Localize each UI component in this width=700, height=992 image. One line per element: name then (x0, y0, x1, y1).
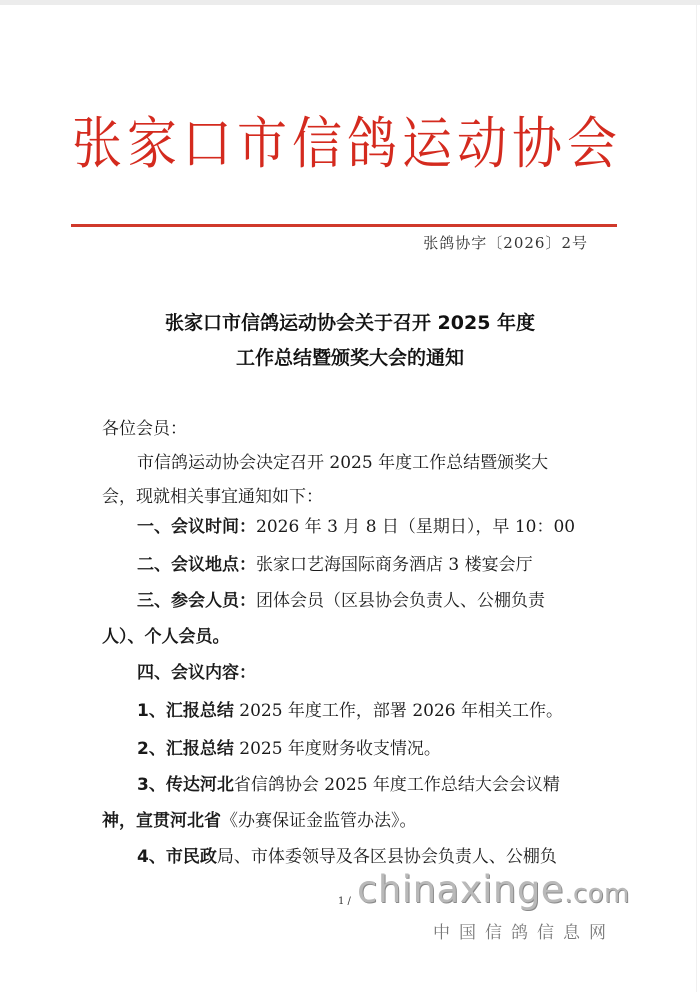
letterhead-char: 动 (457, 108, 507, 180)
content-item-1: 1、汇报总结 2025 年度工作，部署 2026 年相关工作。 (137, 696, 563, 721)
content-item-4: 4、市民政局、市体委领导及各区县协会负责人、公棚负 (137, 842, 557, 867)
item-label: 四、会议内容： (137, 663, 256, 683)
item-text: 2026 年 3 月 8 日（星期日），早 10：00 (256, 517, 575, 537)
intro-line-1: 市信鸽运动协会决定召开 2025 年度工作总结暨颁奖大 (137, 448, 548, 473)
notice-title-line-1: 张家口市信鸽运动协会关于召开 2025 年度 (0, 308, 700, 335)
watermark-logo: chinaxinge.com (357, 868, 630, 911)
scan-right-edge (696, 5, 697, 992)
letterhead-char: 鸽 (347, 108, 397, 180)
letterhead-char: 协 (512, 108, 562, 180)
document-number: 张鸽协字〔2026〕2号 (423, 232, 588, 253)
content-item-3: 3、传达河北省信鸽协会 2025 年度工作总结大会会议精 (137, 770, 560, 795)
item-attendees-continued: 人）、个人会员。 (102, 622, 230, 647)
item-continuation: 人）、个人会员。 (102, 627, 230, 647)
item-meeting-time: 一、会议时间：2026 年 3 月 8 日（星期日），早 10：00 (137, 512, 575, 537)
content-text: 省信鸽协会 2025 年度工作总结大会会议精 (234, 775, 560, 795)
content-label: 2、汇报总结 (137, 739, 234, 759)
letterhead-char: 家 (127, 108, 177, 180)
letterhead-char: 市 (237, 108, 287, 180)
letterhead-title: 张 家 口 市 信 鸽 运 动 协 会 (72, 112, 617, 176)
letterhead-char: 张 (72, 108, 122, 180)
item-attendees: 三、参会人员：团体会员（区县协会负责人、公棚负责 (137, 586, 545, 611)
notice-title-line-2: 工作总结暨颁奖大会的通知 (0, 343, 700, 370)
content-text: 2025 年度财务收支情况。 (234, 739, 441, 759)
watermark-text: chinaxinge (357, 868, 564, 911)
item-meeting-content: 四、会议内容： (137, 658, 256, 683)
content-item-3-continued: 神，宣贯河北省《办赛保证金监管办法》。 (102, 806, 417, 831)
content-item-2: 2、汇报总结 2025 年度财务收支情况。 (137, 734, 441, 759)
page-number: 1 / (338, 896, 351, 907)
content-text: 2025 年度工作，部署 2026 年相关工作。 (234, 701, 563, 721)
content-text: 《办赛保证金监管办法》。 (221, 811, 417, 831)
item-meeting-location: 二、会议地点：张家口艺海国际商务酒店 3 楼宴会厅 (137, 550, 533, 575)
item-label: 三、参会人员： (137, 591, 256, 611)
red-divider (71, 224, 617, 227)
content-label: 神，宣贯河北省 (102, 811, 221, 831)
item-label: 二、会议地点： (137, 555, 256, 575)
letterhead-char: 信 (292, 108, 342, 180)
content-label: 4、市民政 (137, 847, 217, 867)
letterhead-char: 口 (182, 108, 232, 180)
scan-top-edge (0, 0, 700, 5)
letterhead-char: 运 (402, 108, 452, 180)
content-label: 1、汇报总结 (137, 701, 234, 721)
item-label: 一、会议时间： (137, 517, 256, 537)
item-text: 团体会员（区县协会负责人、公棚负责 (256, 591, 545, 611)
salutation: 各位会员： (102, 414, 187, 439)
watermark-chinese: 中国信鸽信息网 (433, 918, 615, 943)
letterhead-char: 会 (567, 108, 617, 180)
intro-line-2: 会，现就相关事宜通知如下： (102, 482, 323, 507)
content-label: 3、传达河北 (137, 775, 234, 795)
content-text: 局、市体委领导及各区县协会负责人、公棚负 (217, 847, 557, 867)
watermark-suffix: .com (564, 879, 630, 909)
item-text: 张家口艺海国际商务酒店 3 楼宴会厅 (256, 555, 533, 575)
